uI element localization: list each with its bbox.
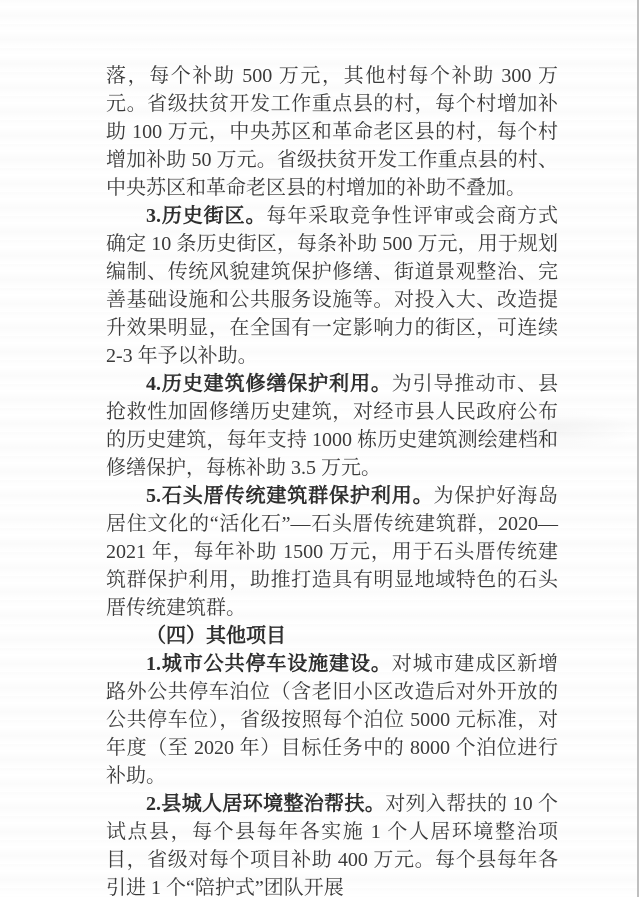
document-text-block: 落，每个补助 500 万元，其他村每个补助 300 万元。省级扶贫开发工作重点县… [106,62,558,897]
paragraph-lead: 1.城市公共停车设施建设。 [146,653,392,675]
paragraph-item-1-public-parking: 1.城市公共停车设施建设。对城市建成区新增路外公共停车泊位（含老旧小区改造后对外… [106,650,558,790]
section-heading-label: （四）其他项目 [146,625,286,647]
section-heading-other-projects: （四）其他项目 [106,622,558,650]
paragraph-item-2-county-environment: 2.县城人居环境整治帮扶。对列入帮扶的 10 个试点县，每个县每年各实施 1 个… [106,790,558,897]
paragraph-lead: 4.历史建筑修缮保护利用。 [146,373,392,395]
paragraph-text: 落，每个补助 500 万元，其他村每个补助 300 万元。省级扶贫开发工作重点县… [106,65,558,199]
paragraph-lead: 2.县城人居环境整治帮扶。 [146,793,385,815]
paragraph-item-5-stone-houses: 5.石头厝传统建筑群保护利用。为保护好海岛居住文化的“活化石”—石头厝传统建筑群… [106,482,558,622]
paragraph-item-3-historic-districts: 3.历史街区。每年采取竞争性评审或会商方式确定 10 条历史街区，每条补助 50… [106,202,558,370]
paragraph-lead: 5.石头厝传统建筑群保护利用。 [146,485,434,507]
paragraph-continuation: 落，每个补助 500 万元，其他村每个补助 300 万元。省级扶贫开发工作重点县… [106,62,558,202]
paragraph-text: 每年采取竞争性评审或会商方式确定 10 条历史街区，每条补助 500 万元，用于… [106,205,558,367]
paragraph-item-4-historic-buildings: 4.历史建筑修缮保护利用。为引导推动市、县抢救性加固修缮历史建筑，对经市县人民政… [106,370,558,482]
paragraph-lead: 3.历史街区。 [146,205,266,227]
scanned-document-page: 落，每个补助 500 万元，其他村每个补助 300 万元。省级扶贫开发工作重点县… [0,0,639,897]
